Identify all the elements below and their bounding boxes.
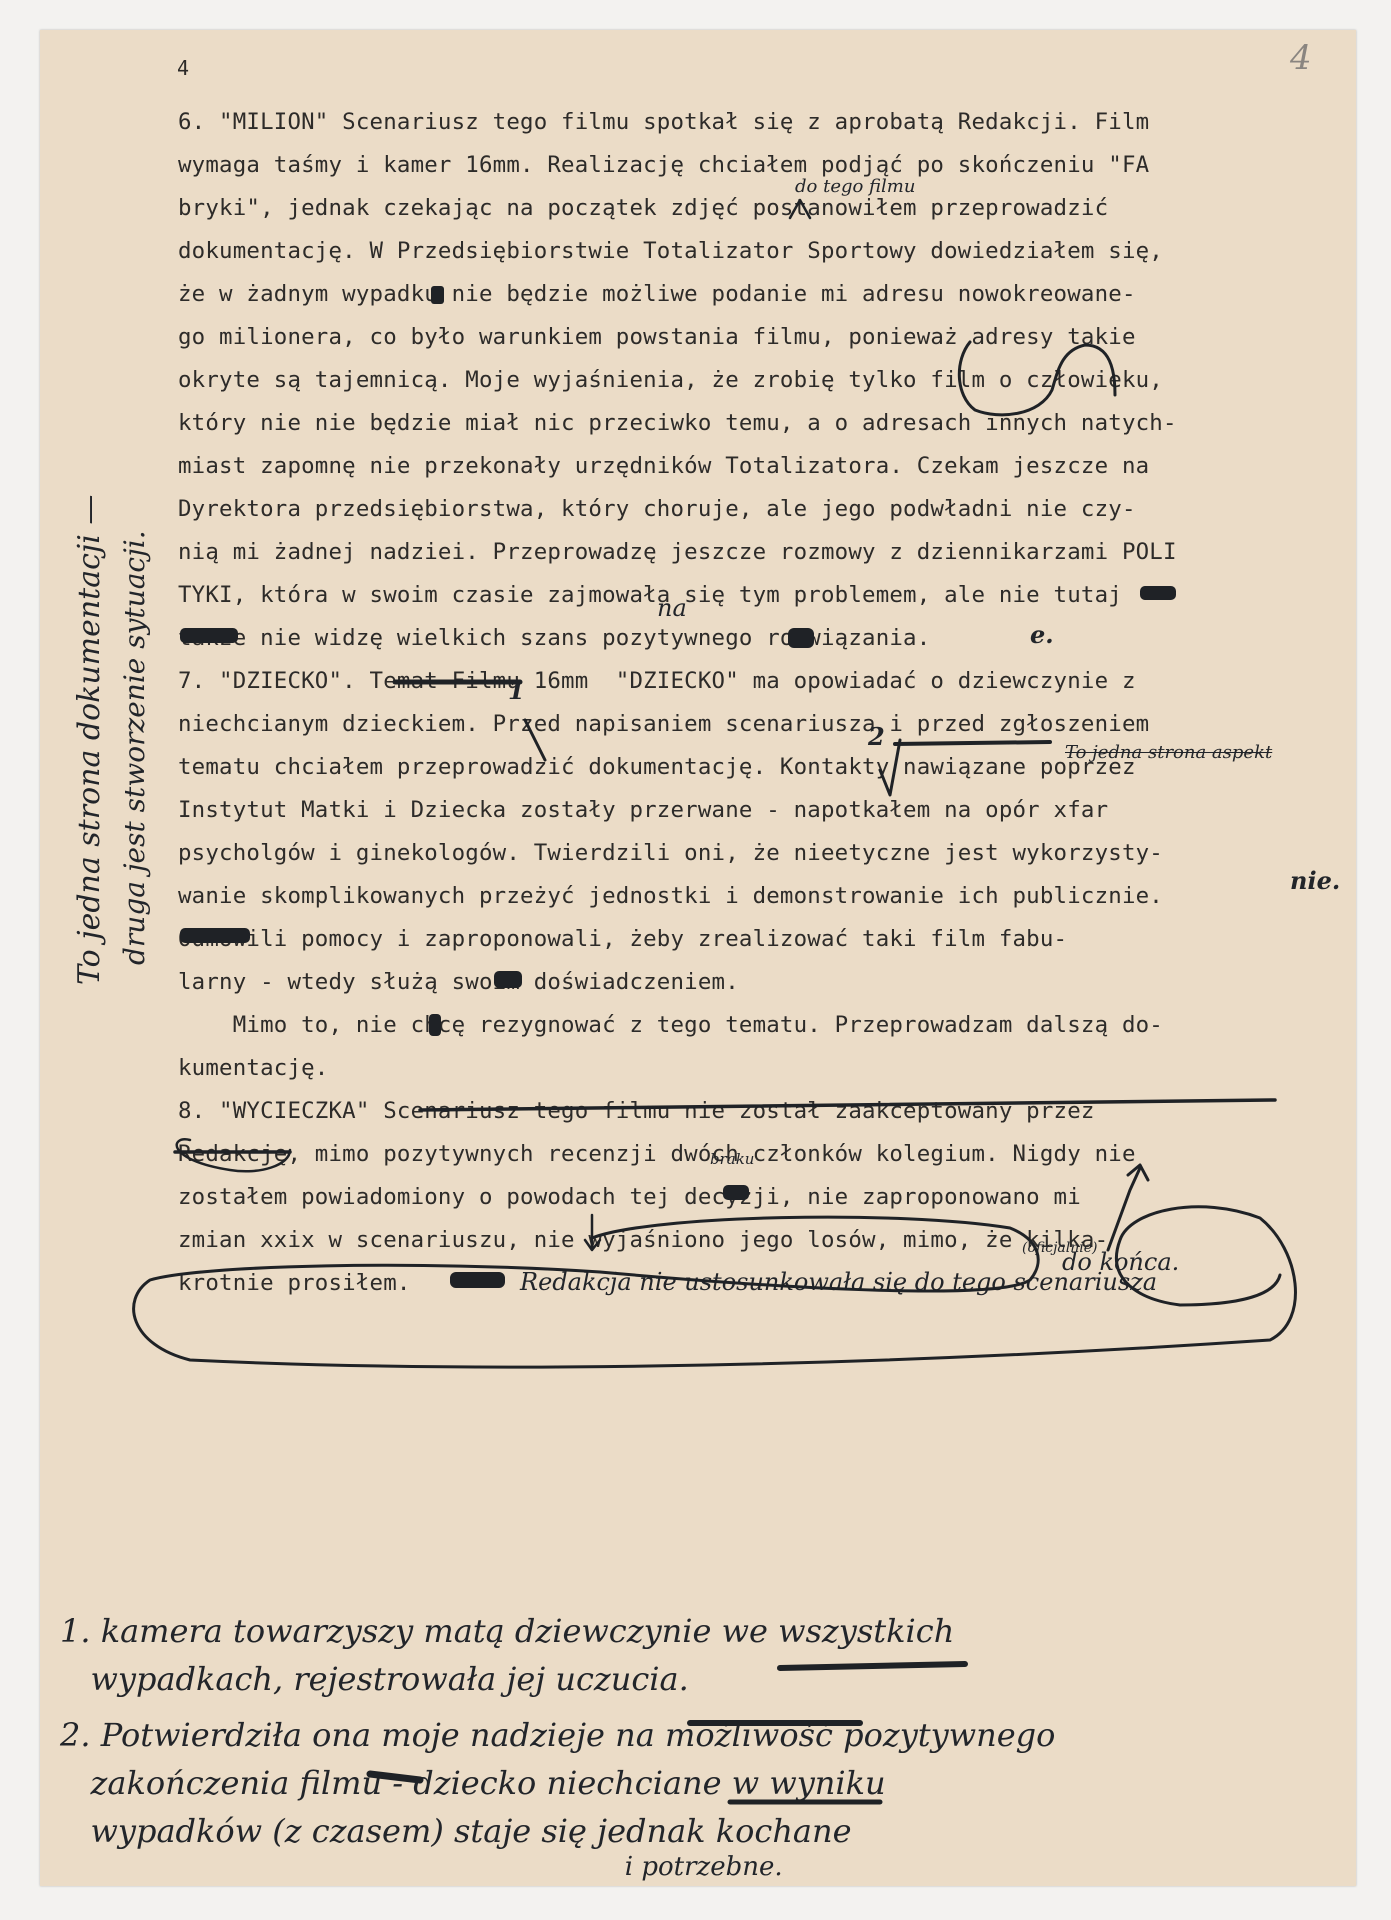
handwritten-mark: 2 xyxy=(868,722,885,751)
typed-line: nią mi żadnej nadziei. Przeprowadzę jesz… xyxy=(178,538,1177,566)
typed-line: miast zapomnę nie przekonały urzędników … xyxy=(178,452,1149,480)
bottom-note-line: wypadkach, rejestrowała jej uczucia. xyxy=(60,1660,689,1698)
typed-line: niechcianym dzieckiem. Przed napisaniem … xyxy=(178,710,1149,738)
bottom-note-line: 2. Potwierdziła ona moje nadzieje na moż… xyxy=(60,1716,1055,1754)
typed-line: że w żadnym wypadku nie będzie możliwe p… xyxy=(178,280,1136,308)
typed-line: wymaga taśmy i kamer 16mm. Realizację ch… xyxy=(178,151,1149,179)
margin-note-vertical: druga jest stworzenie sytuacji. xyxy=(118,530,151,965)
archive-page-mark: 4 xyxy=(1290,38,1312,78)
handwritten-mark: 1 xyxy=(508,676,525,705)
bottom-note-line: i potrzebne. xyxy=(600,1852,783,1882)
margin-note-vertical: To jedna strona dokumentacji — xyxy=(72,495,107,985)
typed-line: zostałem powiadomiony o powodach tej dec… xyxy=(178,1183,1081,1211)
handwritten-insert: na xyxy=(657,594,687,622)
typed-line: Mimo to, nie chcę rezygnować z tego tema… xyxy=(178,1011,1163,1039)
handwritten-insert: To jedna strona aspekt xyxy=(1065,742,1272,763)
typed-line: psycholgów i ginekologów. Twierdzili oni… xyxy=(178,839,1163,867)
typed-line: który nie nie będzie miał nic przeciwko … xyxy=(178,409,1177,437)
typed-line: Instytut Matki i Dziecka zostały przerwa… xyxy=(178,796,1108,824)
typed-line: 6. "MILION" Scenariusz tego filmu spotka… xyxy=(178,108,1149,136)
handwritten-insert: braku xyxy=(710,1150,754,1168)
page-number: 4 xyxy=(177,56,189,80)
typed-line: larny - wtedy służą swoim doświadczeniem… xyxy=(178,968,739,996)
typed-line: zmian xxix w scenariuszu, nie wyjaśniono… xyxy=(178,1226,1108,1254)
typed-line: dokumentację. W Przedsiębiorstwie Totali… xyxy=(178,237,1163,265)
typed-line: wanie skomplikowanych przeżyć jednostki … xyxy=(178,882,1163,910)
typed-line: 7. "DZIECKO". Temat Filmu 16mm "DZIECKO"… xyxy=(178,667,1136,695)
typed-line: TYKI, która w swoim czasie zajmowała się… xyxy=(178,581,1122,609)
typed-line: kumentację. xyxy=(178,1054,328,1082)
handwritten-insert: do tego filmu xyxy=(795,176,915,197)
bottom-note-line: zakończenia filmu - dziecko niechciane w… xyxy=(60,1764,886,1802)
handwritten-insert: e. xyxy=(1030,620,1054,649)
typed-line: krotnie prosiłem. xyxy=(178,1269,411,1297)
typed-line: go milionera, co było warunkiem powstani… xyxy=(178,323,1136,351)
typed-line: Dyrektora przedsiębiorstwa, który choruj… xyxy=(178,495,1136,523)
paper-sheet xyxy=(40,30,1356,1886)
typed-line: bryki", jednak czekając na początek zdję… xyxy=(178,194,1108,222)
typed-line: 8. "WYCIECZKA" Scenariusz tego filmu nie… xyxy=(178,1097,1095,1125)
handwritten-insert: nie. xyxy=(1290,866,1340,895)
typed-line: Redakcję, mimo pozytywnych recenzji dwóc… xyxy=(178,1140,1136,1168)
typed-line: tematu chciałem przeprowadzić dokumentac… xyxy=(178,753,1136,781)
typed-line: okryte są tajemnicą. Moje wyjaśnienia, ż… xyxy=(178,366,1163,394)
typed-line: Odmówili pomocy i zaproponowali, żeby zr… xyxy=(178,925,1067,953)
bottom-note-line: wypadków (z czasem) staje się jednak koc… xyxy=(60,1812,852,1850)
bottom-note-line: 1. kamera towarzyszy matą dziewczynie we… xyxy=(60,1612,954,1650)
typed-line: także nie widzę wielkich szans pozytywne… xyxy=(178,624,930,652)
handwritten-insert: do końca. xyxy=(1062,1248,1179,1276)
